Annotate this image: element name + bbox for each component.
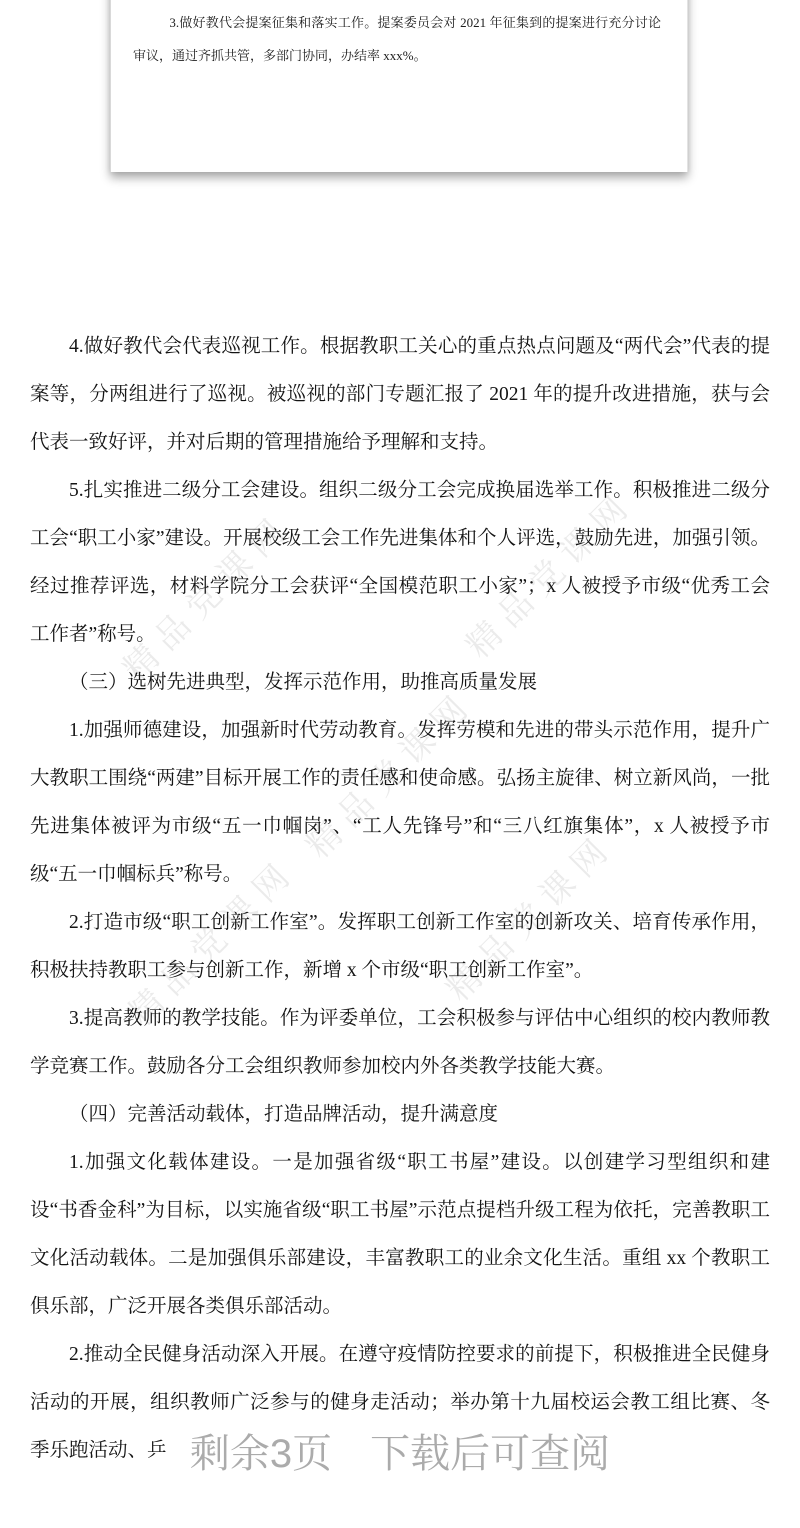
body-paragraph: 3.提高教师的教学技能。作为评委单位，工会积极参与评估中心组织的校内教师教学竞赛… xyxy=(30,995,770,1091)
body-paragraph: 1.加强文化载体建设。一是加强省级“职工书屋”建设。以创建学习型组织和建设“书香… xyxy=(30,1139,770,1331)
document-preview: 3.做好教代会提案征集和落实工作。提案委员会对 2021 年征集到的提案进行充分… xyxy=(0,0,800,1528)
download-hint-label: 下载后可查阅 xyxy=(370,1432,610,1476)
section-heading: （四）完善活动载体，打造品牌活动，提升满意度 xyxy=(30,1091,770,1139)
document-body: 4.做好教代会代表巡视工作。根据教职工关心的重点热点问题及“两代会”代表的提案等… xyxy=(30,323,770,1475)
body-paragraph: 4.做好教代会代表巡视工作。根据教职工关心的重点热点问题及“两代会”代表的提案等… xyxy=(30,323,770,467)
body-paragraph: 1.加强师德建设，加强新时代劳动教育。发挥劳模和先进的带头示范作用，提升广大教职… xyxy=(30,707,770,899)
body-paragraph: 2.打造市级“职工创新工作室”。发挥职工创新工作室的创新攻关、培育传承作用，积极… xyxy=(30,899,770,995)
body-paragraph: 5.扎实推进二级分工会建设。组织二级分工会完成换届选举工作。积极推进二级分工会“… xyxy=(30,467,770,659)
previous-page-sheet: 3.做好教代会提案征集和落实工作。提案委员会对 2021 年征集到的提案进行充分… xyxy=(110,0,688,172)
section-heading: （三）选树先进典型，发挥示范作用，助推高质量发展 xyxy=(30,659,770,707)
fragment-paragraph: 3.做好教代会提案征集和落实工作。提案委员会对 2021 年征集到的提案进行充分… xyxy=(133,6,661,72)
remaining-pages-label: 剩余3页 xyxy=(190,1432,332,1476)
pagination-notice: 剩余3页下载后可查阅 xyxy=(0,1422,800,1479)
